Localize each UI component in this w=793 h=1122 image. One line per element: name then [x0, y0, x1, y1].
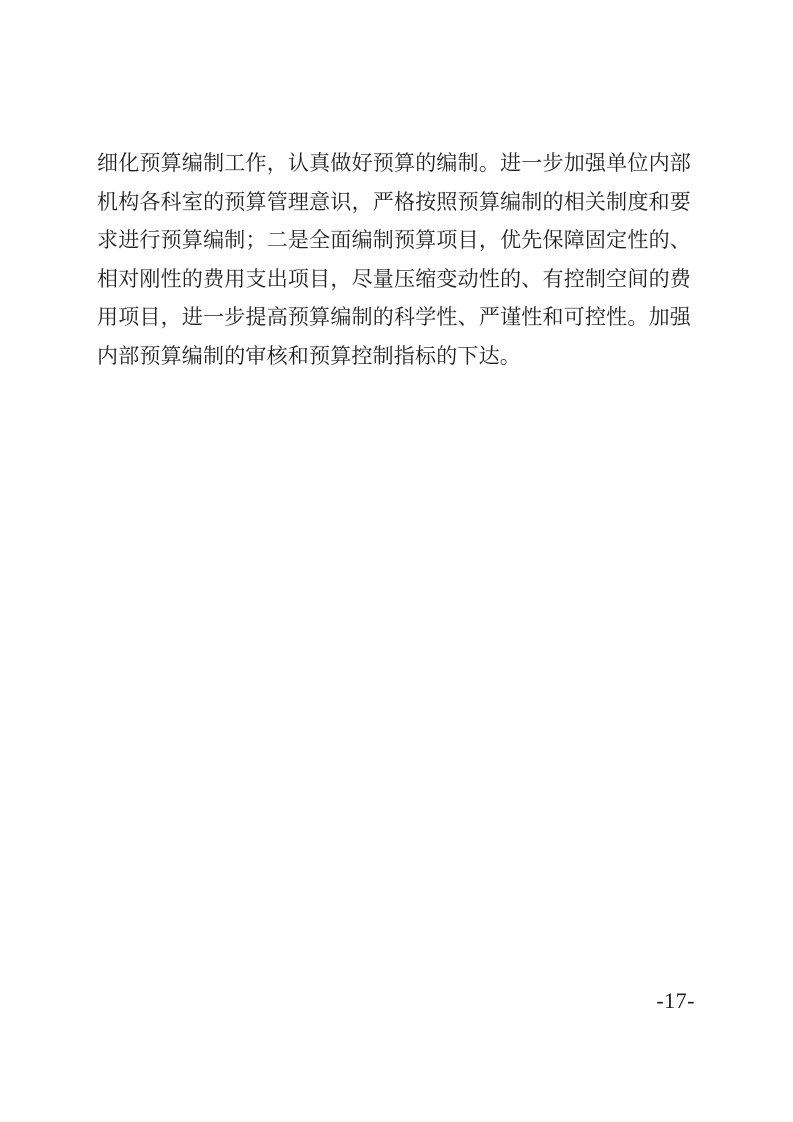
paragraph-line: 内部预算编制的审核和预算控制指标的下达。 [97, 337, 691, 376]
paragraph-line: 求进行预算编制；二是全面编制预算项目，优先保障固定性的、 [97, 221, 691, 260]
document-page: 细化预算编制工作，认真做好预算的编制。进一步加强单位内部 机构各科室的预算管理意… [0, 0, 793, 1122]
paragraph: 细化预算编制工作，认真做好预算的编制。进一步加强单位内部 机构各科室的预算管理意… [97, 144, 691, 375]
page-number: -17- [656, 988, 695, 1014]
paragraph-line: 用项目，进一步提高预算编制的科学性、严谨性和可控性。加强 [97, 298, 691, 337]
paragraph-line: 机构各科室的预算管理意识，严格按照预算编制的相关制度和要 [97, 183, 691, 222]
paragraph-line: 相对刚性的费用支出项目，尽量压缩变动性的、有控制空间的费 [97, 260, 691, 299]
paragraph-line: 细化预算编制工作，认真做好预算的编制。进一步加强单位内部 [97, 144, 691, 183]
